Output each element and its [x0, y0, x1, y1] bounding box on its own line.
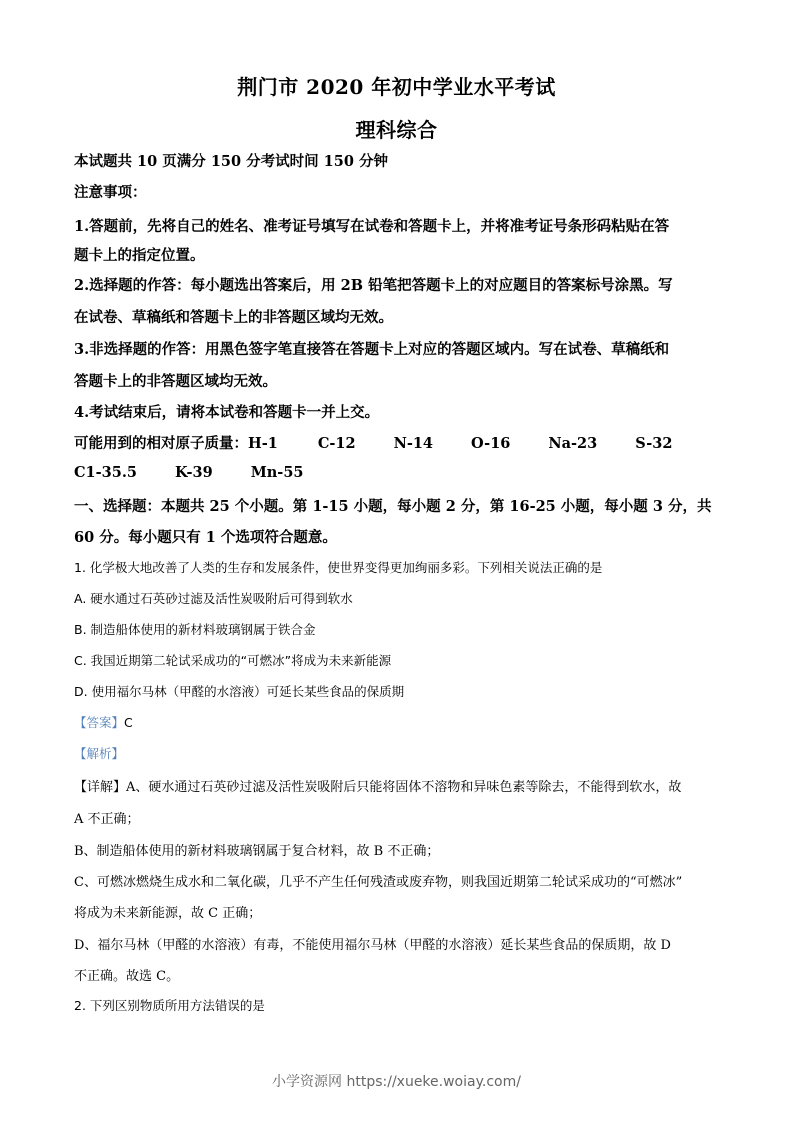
question-1-option-d: D. 使用福尔马林（甲醛的水溶液）可延长某些食品的保质期 [74, 682, 724, 700]
notice-1-line1: 1.答题前，先将自己的姓名、准考证号填写在试卷和答题卡上，并将准考证号条形码粘贴… [74, 215, 724, 236]
notice-1-line2: 题卡上的指定位置。 [74, 244, 724, 265]
detail-line-3: B、制造船体使用的新材料玻璃钢属于复合材料，故 B 不正确； [74, 840, 724, 859]
detail-line-4: C、可燃冰燃烧生成水和二氧化碳，几乎不产生任何残渣或废弃物，则我国近期第二轮试采… [74, 871, 724, 890]
atomic-mass-na: Na-23 [548, 435, 597, 452]
question-1-option-b: B. 制造船体使用的新材料玻璃钢属于铁合金 [74, 620, 724, 638]
footer-watermark: 小学资源网 https://xueke.woiay.com/ [0, 1071, 793, 1091]
answer-value: C [124, 715, 133, 730]
atomic-mass-c: C-12 [318, 435, 356, 452]
document-page: 荆门市 2020 年初中学业水平考试 理科综合 本试题共 10 页满分 150 … [0, 0, 793, 1122]
question-2-stem: 2. 下列区别物质所用方法错误的是 [74, 996, 724, 1014]
detail-line-1: 【详解】A、硬水通过石英砂过滤及活性炭吸附后只能将固体不溶物和异味色素等除去，不… [74, 776, 724, 795]
notice-2-line1: 2.选择题的作答：每小题选出答案后，用 2B 铅笔把答题卡上的对应题目的答案标号… [74, 274, 724, 295]
atomic-mass-label: 可能用到的相对原子质量： [74, 435, 248, 452]
detail-line-2: A 不正确； [74, 808, 724, 827]
question-1-stem: 1. 化学极大地改善了人类的生存和发展条件，使世界变得更加绚丽多彩。下列相关说法… [74, 558, 724, 576]
section-1-heading-line1: 一、选择题：本题共 25 个小题。第 1-15 小题，每小题 2 分，第 16-… [74, 495, 724, 516]
exam-title: 荆门市 2020 年初中学业水平考试 [0, 71, 793, 100]
atomic-mass-n: N-14 [394, 435, 433, 452]
notice-2-line2: 在试卷、草稿纸和答题卡上的非答题区域均无效。 [74, 306, 724, 327]
atomic-mass-row-1: 可能用到的相对原子质量：H-1C-12N-14O-16Na-23S-32 [74, 432, 724, 453]
notice-3-line1: 3.非选择题的作答：用黑色签字笔直接答在答题卡上对应的答题区域内。写在试卷、草稿… [74, 338, 724, 359]
atomic-mass-h: H-1 [248, 435, 278, 452]
analysis-label: 【解析】 [74, 744, 724, 762]
notice-3-line2: 答题卡上的非答题区域均无效。 [74, 370, 724, 391]
exam-info: 本试题共 10 页满分 150 分考试时间 150 分钟 [74, 150, 724, 171]
atomic-mass-row-2: C1-35.5K-39Mn-55 [74, 464, 724, 481]
notice-4: 4.考试结束后，请将本试卷和答题卡一并上交。 [74, 401, 724, 422]
atomic-mass-mn: Mn-55 [251, 464, 304, 481]
question-1-option-a: A. 硬水通过石英砂过滤及活性炭吸附后可得到软水 [74, 589, 724, 607]
atomic-mass-o: O-16 [471, 435, 510, 452]
atomic-mass-s: S-32 [635, 435, 672, 452]
section-1-heading-line2: 60 分。每小题只有 1 个选项符合题意。 [74, 526, 724, 547]
detail-line-5: 将成为未来新能源，故 C 正确； [74, 902, 724, 921]
question-1-option-c: C. 我国近期第二轮试采成功的“可燃冰”将成为未来新能源 [74, 651, 724, 669]
atomic-mass-cl: C1-35.5 [74, 464, 137, 481]
detail-line-6: D、福尔马林（甲醛的水溶液）有毒，不能使用福尔马林（甲醛的水溶液）延长某些食品的… [74, 934, 724, 953]
atomic-mass-k: K-39 [175, 464, 213, 481]
exam-subtitle: 理科综合 [0, 114, 793, 143]
notice-heading: 注意事项： [74, 181, 724, 202]
answer-row: 【答案】C [74, 713, 724, 731]
detail-line-7: 不正确。故选 C。 [74, 965, 724, 984]
detail-label: 【详解】 [74, 780, 126, 795]
answer-label: 【答案】 [74, 715, 124, 730]
